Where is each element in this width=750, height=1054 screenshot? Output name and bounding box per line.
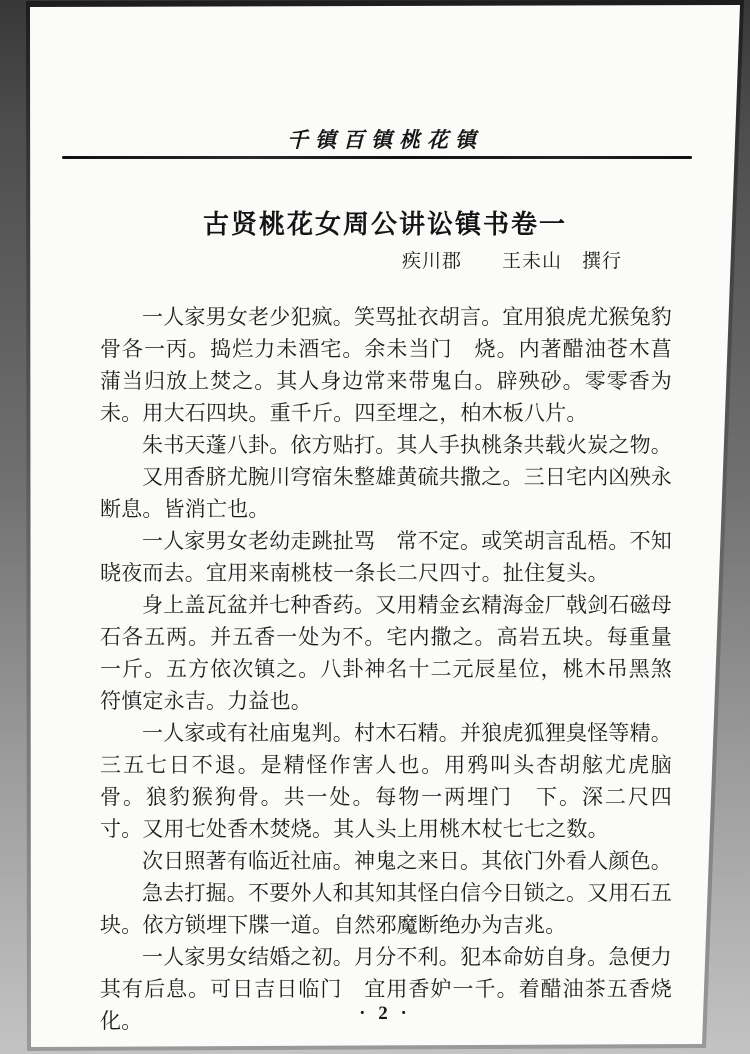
page-number: · 2 · — [30, 1003, 740, 1025]
chapter-title: 古贤桃花女周公讲讼镇书卷一 — [30, 204, 740, 241]
body-text: 一人家男女老少犯疯。笑骂扯衣胡言。宜用狼虎尤猴兔豹骨各一丙。捣烂力未酒宅。余未当… — [100, 301, 672, 1037]
body-paragraph: 又用香脐尤腕川穹宿朱整雄黄硫共撒之。三日宅内凶殃永断息。皆消亡也。 — [100, 461, 672, 525]
body-paragraph: 朱书天蓬八卦。依方贴打。其人手执桃条共载火炭之物。 — [100, 429, 672, 461]
body-paragraph: 一人家或有社庙鬼判。村木石精。并狼虎狐狸臭怪等精。三五七日不退。是精怪作害人也。… — [100, 717, 672, 845]
body-paragraph: 次日照著有临近社庙。神鬼之来日。其依门外看人颜色。 — [100, 845, 672, 877]
byline: 疾川郡 王未山 撰行 — [30, 246, 622, 273]
header-rule — [62, 156, 692, 159]
book-page: 千镇百镇桃花镇 古贤桃花女周公讲讼镇书卷一 疾川郡 王未山 撰行 一人家男女老少… — [0, 0, 750, 1054]
body-paragraph: 一人家男女老少犯疯。笑骂扯衣胡言。宜用狼虎尤猴兔豹骨各一丙。捣烂力未酒宅。余未当… — [100, 301, 672, 429]
scanned-page-viewer: 千镇百镇桃花镇 古贤桃花女周公讲讼镇书卷一 疾川郡 王未山 撰行 一人家男女老少… — [0, 0, 750, 1054]
body-paragraph: 身上盖瓦盆并七种香药。又用精金玄精海金厂戟剑石磁母石各五两。并五香一处为不。宅内… — [100, 589, 672, 717]
body-paragraph: 一人家男女老幼走跳扯骂 常不定。或笑胡言乱梧。不知晓夜而去。宜用来南桃枝一条长二… — [100, 525, 672, 589]
body-paragraph: 急去打掘。不要外人和其知其怪白信今日锁之。又用石五块。依方锁埋下牒一道。自然邪魔… — [100, 877, 672, 941]
running-head: 千镇百镇桃花镇 — [30, 124, 740, 154]
